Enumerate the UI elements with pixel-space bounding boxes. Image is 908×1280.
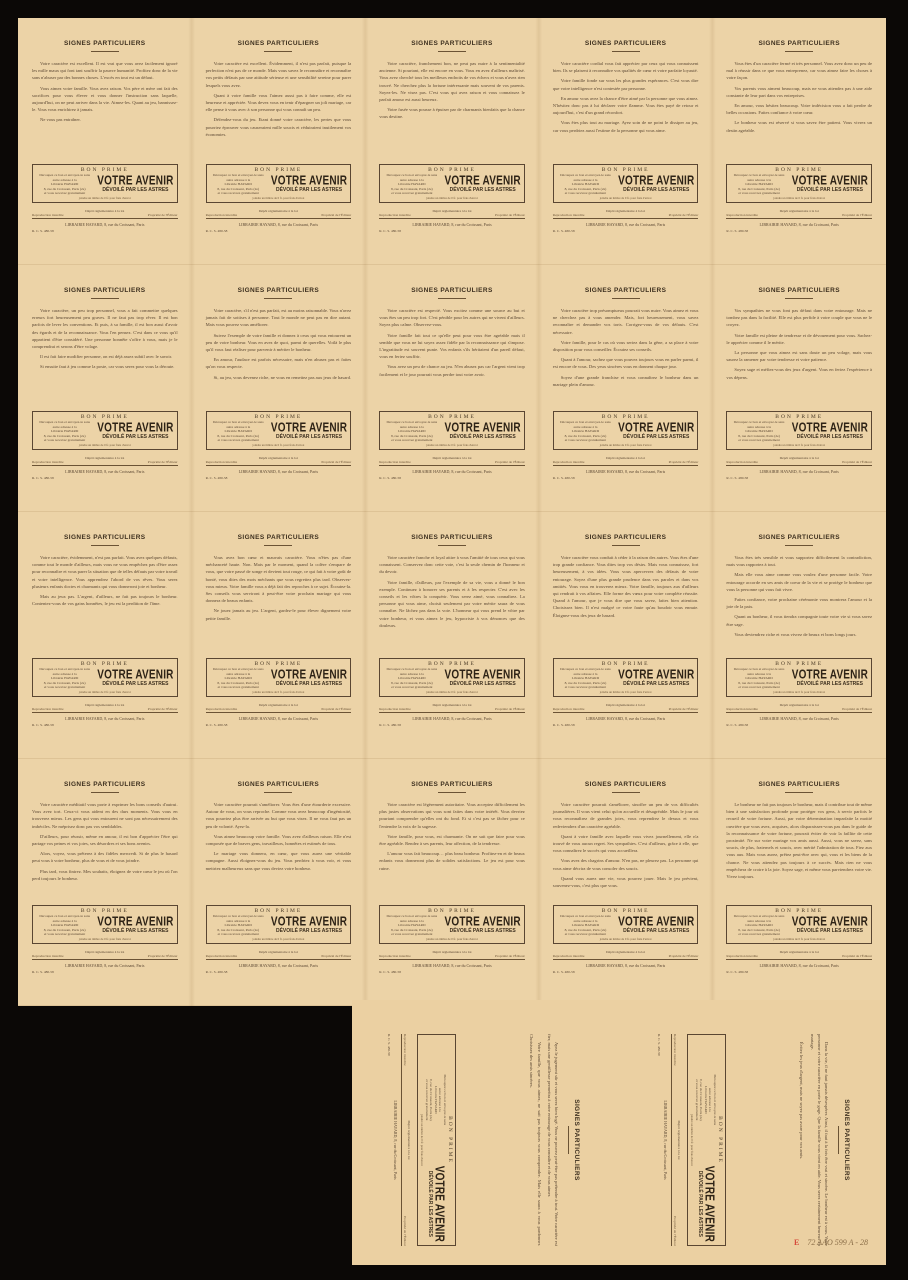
bon-prime-ad: BON PRIME Découpez ce bon et envoyez-le … — [726, 658, 872, 727]
title-rule — [438, 51, 466, 52]
ad-left-line: et vous recevrez gratuitement — [694, 1038, 699, 1162]
ad-left-text: Découpez ce bon et envoyez-le sansautre … — [210, 914, 267, 937]
card-title: SIGNES PARTICULIERS — [553, 287, 699, 294]
registration-code: R. C. S. 480-58 — [726, 970, 872, 974]
ad-footnote: joindre un timbre de 0 fr. pour frais d'… — [36, 937, 174, 941]
ad-left-text: Découpez ce bon et envoyez-le sansautre … — [383, 420, 440, 443]
archive-number: 72 AAO 599 A - 28 — [807, 1238, 868, 1247]
bon-prime-ad: BON PRIME Découpez ce bon et envoyez-le … — [726, 164, 872, 233]
title-rule — [438, 792, 466, 793]
card-paragraph: Votre caractère est excellent. Il est vr… — [32, 60, 178, 82]
publisher: LIBRAIRIE HAYARD, 8, rue du Croissant, P… — [379, 469, 525, 474]
card-paragraph: Votre caractère, franchement bon, ne peu… — [379, 60, 525, 103]
ad-footnote: joindre un timbre de 0 fr. pour frais d'… — [36, 443, 174, 447]
card-paragraph: Suivez l'exemple de votre famille et don… — [206, 332, 352, 354]
card-paragraph: Votre famille fait tout ce qu'elle peut … — [379, 332, 525, 361]
ad-box: BON PRIME Découpez ce bon et envoyez-le … — [206, 164, 352, 203]
bon-prime-ad: BON PRIME Découpez ce bon et envoyez-le … — [32, 411, 178, 480]
publisher: LIBRAIRIE HAYARD, 8, rue du Croissant, P… — [553, 222, 699, 227]
card-title: SIGNES PARTICULIERS — [379, 287, 525, 294]
ad-left-text: Découpez ce bon et envoyez-le sansautre … — [730, 914, 787, 937]
card-paragraph: Plus tard, vous finirez. Mes souhaits, é… — [32, 868, 178, 882]
card-paragraph: Votre caractère est respecté. Vous excit… — [379, 307, 525, 329]
card-paragraph: Vos parents vous aiment beaucoup, mais n… — [726, 85, 872, 99]
ad-footnote: joindre un timbre de 0 fr. pour frais d'… — [210, 937, 348, 941]
ad-box: BON PRIME Découpez ce bon et envoyez-le … — [417, 1034, 456, 1246]
card-paragraph: Défendez-vous du jeu. Etant donné votre … — [206, 116, 352, 138]
legal-left: Reproduction interdite — [726, 460, 758, 464]
card-title: SIGNES PARTICULIERS — [32, 287, 178, 294]
card: SIGNES PARTICULIERS Votre caractère trop… — [539, 265, 713, 512]
legal-right: Propriété de l'Éditeur — [842, 213, 872, 217]
ad-left-text: Découpez ce bon et envoyez-le sansautre … — [730, 173, 787, 196]
card-paragraph: Votre caractère est légèrement autoritai… — [379, 801, 525, 830]
ad-box: BON PRIME Découpez ce bon et envoyez-le … — [726, 164, 872, 203]
ad-box: BON PRIME Découpez ce bon et envoyez-le … — [32, 411, 178, 450]
ad-box: BON PRIME Découpez ce bon et envoyez-le … — [379, 411, 525, 450]
registration-code: R. C. S. 480-58 — [206, 229, 352, 233]
ad-headline: VOTRE AVENIR — [618, 422, 694, 436]
title-rule — [785, 51, 813, 52]
ad-left-line: Découpez ce bon et envoyez-le sans — [712, 1038, 717, 1162]
card-paragraph: Soyez sage et méfiez-vous des jeux d'arg… — [726, 366, 872, 380]
registration-code: R. C. S. 480-58 — [32, 229, 178, 233]
title-rule — [264, 545, 292, 546]
card-paragraph: En amour vous avez la chance d'être aimé… — [553, 95, 699, 117]
card-paragraph: Votre famille, d'ailleurs, par l'exemple… — [379, 579, 525, 629]
ad-left-line: Découpez ce bon et envoyez-le sans — [557, 667, 614, 672]
ad-headline: VOTRE AVENIR — [792, 422, 868, 436]
card: SIGNES PARTICULIERS Vous avez bon cœur e… — [192, 512, 366, 759]
publisher: LIBRAIRIE HAYARD, 8, rue du Croissant, P… — [553, 469, 699, 474]
card-title: SIGNES PARTICULIERS — [206, 534, 352, 541]
publisher: LIBRAIRIE HAYARD, 8, rue du Croissant, P… — [726, 222, 872, 227]
card-body: Votre caractère franche et loyal attire … — [379, 554, 525, 629]
legal-left: Reproduction interdite — [553, 460, 585, 464]
card-body: Vous avez bon cœur et mauvais caractère.… — [206, 554, 352, 622]
publisher: LIBRAIRIE HAYARD, 8, rue du Croissant, P… — [553, 963, 699, 968]
card-paragraph: Ayez le jugement sûr et vous serez bien … — [546, 1034, 560, 1246]
ad-box: BON PRIME Découpez ce bon et envoyez-le … — [32, 164, 178, 203]
card-title: SIGNES PARTICULIERS — [379, 40, 525, 47]
ad-left-line: Librairie HAYARD — [703, 1038, 708, 1162]
card-paragraph: Votre caractère cordial vous fait appréc… — [553, 60, 699, 74]
publisher: LIBRAIRIE HAYARD, 8, rue du Croissant, P… — [32, 222, 178, 227]
card-paragraph: Quant à l'amour, sachez que vous pouvez … — [553, 356, 699, 370]
ad-left-text: Découpez ce bon et envoyez-le sansautre … — [557, 667, 614, 690]
card-body: Vous êtes d'un caractère fermé et très p… — [726, 60, 872, 134]
registration-code: R. C. S. 480-58 — [379, 723, 525, 727]
title-rule — [785, 298, 813, 299]
legal-right: Propriété de l'Éditeur — [673, 1216, 677, 1246]
bon-prime-ad: BON PRIME Découpez ce bon et envoyez-le … — [206, 658, 352, 727]
publisher: LIBRAIRIE HAYARD, 8, rue du Croissant, P… — [726, 469, 872, 474]
card-paragraph: Vous êtes d'un caractère fermé et très p… — [726, 60, 872, 82]
card-body: Votre caractère, évidemment, n'est pas p… — [32, 554, 178, 607]
card: SIGNES PARTICULIERS Votre caractère médi… — [18, 759, 192, 1006]
legal-right: Propriété de l'Éditeur — [842, 707, 872, 711]
ad-headline: VOTRE AVENIR — [97, 175, 173, 189]
publisher: LIBRAIRIE HAYARD, 8, rue du Croissant, P… — [206, 222, 352, 227]
legal-left: Reproduction interdite — [379, 213, 411, 217]
ad-footnote: joindre un timbre de 0 fr. pour frais d'… — [730, 937, 868, 941]
card-paragraph: En amour, vous hésitez beaucoup. Votre i… — [726, 102, 872, 116]
legal-right: Propriété de l'Éditeur — [321, 954, 351, 958]
card: SIGNES PARTICULIERS Dans la vie, il ne f… — [698, 1020, 872, 1260]
card-paragraph: Vous avez un peu de chance au jeu. N'en … — [379, 363, 525, 377]
card-title: SIGNES PARTICULIERS — [32, 781, 178, 788]
ad-footnote: joindre un timbre de 0 fr. pour frais d'… — [383, 443, 521, 447]
ad-left-line: Découpez ce bon et envoyez-le sans — [557, 420, 614, 425]
ad-headline: VOTRE AVENIR — [618, 669, 694, 683]
card-title: SIGNES PARTICULIERS — [553, 534, 699, 541]
ad-box: BON PRIME Découpez ce bon et envoyez-le … — [379, 905, 525, 944]
registration-code: R. C. S. 480-58 — [379, 970, 525, 974]
ad-footnote: joindre un timbre de 0 fr. pour frais d'… — [383, 937, 521, 941]
ad-footnote: joindre un timbre de 0 fr. pour frais d'… — [730, 196, 868, 200]
ad-left-line: Découpez ce bon et envoyez-le sans — [730, 667, 787, 672]
card: SIGNES PARTICULIERS Vous êtes d'un carac… — [712, 18, 886, 265]
bon-prime-ad: BON PRIME Découpez ce bon et envoyez-le … — [32, 658, 178, 727]
card: SIGNES PARTICULIERS Votre caractère, un … — [18, 265, 192, 512]
card-paragraph: Quant à votre famille vous l'aimez aussi… — [206, 92, 352, 114]
ad-left-text: Découpez ce bon et envoyez-le sansautre … — [557, 173, 614, 196]
legal-left: Reproduction interdite — [379, 707, 411, 711]
card-paragraph: La personne que vous aimez est sans dout… — [726, 349, 872, 363]
legal-left: Reproduction interdite — [379, 460, 411, 464]
card-body: Votre caractère, s'il n'est pas parfait,… — [206, 307, 352, 381]
card-paragraph: Votre fusée vous pousse à épuiser par de… — [379, 106, 525, 120]
bon-prime-ad: BON PRIME Découpez ce bon et envoyez-le … — [206, 164, 352, 233]
ad-headline: VOTRE AVENIR — [271, 422, 347, 436]
ad-headline: VOTRE AVENIR — [97, 422, 173, 436]
legal-left: Reproduction interdite — [726, 707, 758, 711]
ad-left-line: Découpez ce bon et envoyez-le sans — [36, 914, 93, 919]
card-title: SIGNES PARTICULIERS — [726, 534, 872, 541]
card: SIGNES PARTICULIERS Votre caractère, évi… — [18, 512, 192, 759]
title-rule — [91, 51, 119, 52]
ad-box: BON PRIME Découpez ce bon et envoyez-le … — [687, 1034, 726, 1246]
card-paragraph: Évitez les jeux d'argent, mais ne soyez … — [798, 1034, 805, 1246]
title-rule — [91, 545, 119, 546]
ad-headline: VOTRE AVENIR — [271, 916, 347, 930]
card-paragraph: Votre famille est pleine de tendresse et… — [726, 332, 872, 346]
registration-code: R. C. S. 480-58 — [726, 476, 872, 480]
ad-footnote: joindre un timbre de 0 fr. pour frais d'… — [557, 690, 695, 694]
ad-footnote: joindre un timbre de 0 fr. pour frais d'… — [36, 690, 174, 694]
registration-code: R. C. S. 480-58 — [32, 723, 178, 727]
ad-box: BON PRIME Découpez ce bon et envoyez-le … — [726, 658, 872, 697]
card: SIGNES PARTICULIERS Vous êtes très sensi… — [712, 512, 886, 759]
card: SIGNES PARTICULIERS Votre caractère vous… — [539, 512, 713, 759]
ad-left-line: Découpez ce bon et envoyez-le sans — [442, 1038, 447, 1162]
legal-right: Propriété de l'Éditeur — [403, 1216, 407, 1246]
card: SIGNES PARTICULIERS Ayez le jugement sûr… — [428, 1020, 602, 1260]
card-body: Votre caractère vous conduit à céder à l… — [553, 554, 699, 619]
card-body: Votre caractère trop présomptueux pourra… — [553, 307, 699, 388]
legal-right: Propriété de l'Éditeur — [842, 954, 872, 958]
card-title: SIGNES PARTICULIERS — [726, 781, 872, 788]
ad-left-line: Découpez ce bon et envoyez-le sans — [210, 914, 267, 919]
ad-left-text: Découpez ce bon et envoyez-le sansautre … — [210, 667, 267, 690]
card-paragraph: Faites confiance, votre prochaine cérémo… — [726, 596, 872, 610]
ad-left-line: Découpez ce bon et envoyez-le sans — [36, 420, 93, 425]
ad-box: BON PRIME Découpez ce bon et envoyez-le … — [553, 411, 699, 450]
card-paragraph: Dans la vie, il ne faut jamais désespére… — [808, 1034, 830, 1246]
ad-footnote: joindre un timbre de 0 fr. pour frais d'… — [557, 937, 695, 941]
ad-box: BON PRIME Découpez ce bon et envoyez-le … — [206, 411, 352, 450]
title-rule — [612, 545, 640, 546]
ad-left-line: Découpez ce bon et envoyez-le sans — [557, 914, 614, 919]
registration-code: R. C. S. 480-58 — [553, 970, 699, 974]
card: SIGNES PARTICULIERS Votre caractère, s'i… — [192, 265, 366, 512]
legal-left: Reproduction interdite — [32, 954, 64, 958]
card-paragraph: Alors, voyez, vous prêterez à des fidèle… — [32, 850, 178, 864]
title-rule — [264, 51, 292, 52]
card-title: SIGNES PARTICULIERS — [553, 40, 699, 47]
registration-code: R. C. S. 480-58 — [32, 476, 178, 480]
ad-left-text: Découpez ce bon et envoyez-le sansautre … — [210, 173, 267, 196]
title-rule — [785, 545, 813, 546]
legal-right: Propriété de l'Éditeur — [148, 954, 178, 958]
publisher: LIBRAIRIE HAYARD, 8, rue du Croissant, P… — [32, 469, 178, 474]
title-rule — [785, 792, 813, 793]
publisher: LIBRAIRIE HAYARD, 8, rue du Croissant, P… — [32, 716, 178, 721]
ad-left-line: Découpez ce bon et envoyez-le sans — [36, 667, 93, 672]
card-paragraph: Vous deviendrez riche et vous vivrez de … — [726, 631, 872, 638]
legal-left: Reproduction interdite — [32, 707, 64, 711]
legal-line: Dépôt réglementaire à la loi — [407, 1034, 411, 1246]
ad-footnote: joindre un timbre de 0 fr. pour frais d'… — [730, 690, 868, 694]
legal-left: Reproduction interdite — [206, 954, 238, 958]
card-paragraph: Mais elle vous aime comme vous voulez d'… — [726, 571, 872, 593]
ad-box: BON PRIME Découpez ce bon et envoyez-le … — [553, 905, 699, 944]
ad-footnote: joindre un timbre de 0 fr. pour frais d'… — [730, 443, 868, 447]
card-title: SIGNES PARTICULIERS — [573, 1034, 580, 1246]
ad-headline: VOTRE AVENIR — [618, 175, 694, 189]
publisher: LIBRAIRIE HAYARD, 8, rue du Croissant, P… — [379, 222, 525, 227]
legal-left: Reproduction interdite — [726, 954, 758, 958]
ad-footnote: joindre un timbre de 0 fr. pour frais d'… — [210, 690, 348, 694]
card: SIGNES PARTICULIERS Vos sympathies ne vo… — [712, 265, 886, 512]
card-paragraph: Le mariage vous donnera, en cœur, que vo… — [206, 850, 352, 872]
card-paragraph: Il est fait faire modifier personne, on … — [32, 353, 178, 360]
bon-prime-ad: BON PRIME Découpez ce bon et envoyez-le … — [553, 658, 699, 727]
publisher: LIBRAIRIE HAYARD, 8, rue du Croissant, P… — [379, 963, 525, 968]
ad-left-text: Découpez ce bon et envoyez-le sansautre … — [210, 420, 267, 443]
publisher: LIBRAIRIE HAYARD, 8, rue du Croissant, P… — [32, 963, 178, 968]
archive-stamp: E72 AAO 599 A - 28 — [794, 1238, 868, 1247]
legal-left: Reproduction interdite — [32, 213, 64, 217]
card-body: Votre caractère méditatif vous porte à e… — [32, 801, 178, 882]
title-rule — [438, 298, 466, 299]
card-paragraph: Vous avez bon cœur et mauvais caractère.… — [206, 554, 352, 604]
bon-prime-ad: BON PRIME Découpez ce bon et envoyez-le … — [32, 164, 178, 233]
ad-header: BON PRIME — [447, 1038, 453, 1242]
card-paragraph: Votre famille fonde sur vous les plus gr… — [553, 77, 699, 91]
ad-left-line: Découpez ce bon et envoyez-le sans — [383, 667, 440, 672]
ad-footnote: joindre un timbre de 0 fr. pour frais d'… — [383, 690, 521, 694]
card-paragraph: Vos sympathies ne vous font pas défaut d… — [726, 307, 872, 329]
card-paragraph: En amour, l'audace est parfois nécessair… — [206, 356, 352, 370]
card-paragraph: Votre famille, pour le cas où vous serie… — [553, 339, 699, 353]
card-paragraph: Soyez d'une grande franchise et vous con… — [553, 374, 699, 388]
card-paragraph: Vous avez des chagrins d'amour. N'en pas… — [553, 857, 699, 871]
registration-code: R. C. S. 480-58 — [206, 970, 352, 974]
ad-box: BON PRIME Découpez ce bon et envoyez-le … — [379, 164, 525, 203]
ad-left-line: autre adresse à la — [708, 1038, 713, 1162]
card-paragraph: Votre caractère est excellent. Évidemmen… — [206, 60, 352, 89]
card: SIGNES PARTICULIERS Le bonheur ne fait p… — [712, 759, 886, 1006]
bon-prime-ad: BON PRIME Découpez ce bon et envoyez-le … — [32, 905, 178, 974]
card-title: SIGNES PARTICULIERS — [32, 40, 178, 47]
registration-code: R. C. S. 480-58 — [553, 229, 699, 233]
registration-code: R. C. S. 480-58 — [657, 1034, 661, 1246]
card-paragraph: Vous êtes plus tout au mariage. Ayez soi… — [553, 119, 699, 133]
title-rule — [91, 792, 119, 793]
card-paragraph: Si, au jeu, vous devenez riche, ne vous … — [206, 374, 352, 381]
ad-headline: VOTRE AVENIR — [792, 669, 868, 683]
publisher: LIBRAIRIE HAYARD, 8, rue du Croissant, P… — [726, 716, 872, 721]
ad-footnote: joindre un timbre de 0 fr. pour frais d'… — [383, 196, 521, 200]
card-paragraph: Votre caractère, s'il n'est pas parfait,… — [206, 307, 352, 329]
publisher: LIBRAIRIE HAYARD, 8, rue du Croissant, P… — [393, 1034, 398, 1246]
ad-left-line: Découpez ce bon et envoyez-le sans — [210, 173, 267, 178]
card-title: SIGNES PARTICULIERS — [726, 287, 872, 294]
bon-prime-ad: BON PRIME Découpez ce bon et envoyez-le … — [726, 411, 872, 480]
card: SIGNES PARTICULIERS Votre caractère est … — [18, 18, 192, 265]
ad-left-line: Découpez ce bon et envoyez-le sans — [730, 420, 787, 425]
ad-headline: VOTRE AVENIR — [97, 916, 173, 930]
ad-left-line: Découpez ce bon et envoyez-le sans — [383, 914, 440, 919]
ad-headline: VOTRE AVENIR — [792, 175, 868, 189]
legal-right: Propriété de l'Éditeur — [669, 954, 699, 958]
title-rule — [612, 51, 640, 52]
card-paragraph: Vous aimez beaucoup votre famille. Vous … — [206, 833, 352, 847]
ad-left-line: Découpez ce bon et envoyez-le sans — [36, 173, 93, 178]
ad-footnote: joindre un timbre de 0 fr. pour frais d'… — [690, 1038, 694, 1242]
card-body: Votre caractère, franchement bon, ne peu… — [379, 60, 525, 121]
card-body: Votre caractère est légèrement autoritai… — [379, 801, 525, 872]
ad-left-line: autre adresse à la — [438, 1038, 443, 1162]
registration-code: R. C. S. 480-58 — [387, 1034, 391, 1246]
card-paragraph: Si ensuite faut à jeu comme la poste, ca… — [32, 363, 178, 370]
title-rule — [438, 545, 466, 546]
legal-right: Propriété de l'Éditeur — [321, 707, 351, 711]
registration-code: R. C. S. 480-58 — [206, 476, 352, 480]
ad-box: BON PRIME Découpez ce bon et envoyez-le … — [206, 905, 352, 944]
card-paragraph: Ne jouez jamais au jeu. L'argent, gardez… — [206, 607, 352, 621]
card: SIGNES PARTICULIERS Votre caractère pour… — [539, 759, 713, 1006]
card: SIGNES PARTICULIERS Votre caractère fran… — [365, 512, 539, 759]
ad-left-line: et vous recevrez gratuitement — [424, 1038, 429, 1162]
legal-line: Dépôt réglementaire à la loi — [677, 1034, 681, 1246]
publisher: LIBRAIRIE HAYARD, 8, rue du Croissant, P… — [663, 1034, 668, 1246]
card-title: SIGNES PARTICULIERS — [379, 534, 525, 541]
card-body: Ayez le jugement sûr et vous serez bien … — [528, 1034, 560, 1246]
card-paragraph: Votre famille, que vous aimez, ne sait p… — [528, 1034, 542, 1246]
ad-box: BON PRIME Découpez ce bon et envoyez-le … — [32, 905, 178, 944]
ad-left-text: Découpez ce bon et envoyez-le sansautre … — [557, 914, 614, 937]
ad-header: BON PRIME — [717, 1038, 723, 1242]
legal-right: Propriété de l'Éditeur — [495, 707, 525, 711]
ad-footnote: joindre un timbre de 0 fr. pour frais d'… — [557, 196, 695, 200]
ad-left-text: Découpez ce bon et envoyez-le sansautre … — [694, 1038, 717, 1162]
ad-headline: VOTRE AVENIR — [618, 916, 694, 930]
ad-left-line: Découpez ce bon et envoyez-le sans — [730, 173, 787, 178]
card-title: SIGNES PARTICULIERS — [726, 40, 872, 47]
legal-right: Propriété de l'Éditeur — [669, 460, 699, 464]
card-body: Vos sympathies ne vous font pas défaut d… — [726, 307, 872, 381]
legal-right: Propriété de l'Éditeur — [842, 460, 872, 464]
ad-footnote: joindre un timbre de 0 fr. pour frais d'… — [210, 443, 348, 447]
legal-right: Propriété de l'Éditeur — [495, 213, 525, 217]
legal-left: Reproduction interdite — [379, 954, 411, 958]
ad-left-line: 8, rue du Croissant, Paris (2e) — [699, 1038, 704, 1162]
bon-prime-ad: BON PRIME Découpez ce bon et envoyez-le … — [379, 411, 525, 480]
card-body: Votre caractère est excellent. Il est vr… — [32, 60, 178, 124]
ad-box: BON PRIME Découpez ce bon et envoyez-le … — [379, 658, 525, 697]
ad-left-text: Découpez ce bon et envoyez-le sansautre … — [383, 173, 440, 196]
bon-prime-ad: BON PRIME Découpez ce bon et envoyez-le … — [379, 658, 525, 727]
ad-left-text: Découpez ce bon et envoyez-le sansautre … — [730, 420, 787, 443]
card: SIGNES PARTICULIERS Votre caractère est … — [365, 265, 539, 512]
card: SIGNES PARTICULIERS Votre caractère est … — [192, 18, 366, 265]
archive-mark: E — [794, 1238, 799, 1247]
card-title: SIGNES PARTICULIERS — [32, 534, 178, 541]
ad-headline: VOTRE AVENIR — [445, 175, 521, 189]
ad-box: BON PRIME Découpez ce bon et envoyez-le … — [553, 164, 699, 203]
card-paragraph: Votre famille, pour vous, est charmante.… — [379, 833, 525, 847]
card: SIGNES PARTICULIERS Votre caractère, fra… — [365, 18, 539, 265]
ad-left-line: Librairie HAYARD — [433, 1038, 438, 1162]
ad-left-line: Découpez ce bon et envoyez-le sans — [210, 667, 267, 672]
card-body: Votre caractère pourrait s'améliorer. Vo… — [206, 801, 352, 872]
registration-code: R. C. S. 480-58 — [726, 723, 872, 727]
card-title: SIGNES PARTICULIERS — [553, 781, 699, 788]
card-paragraph: L'amour vous fait beaucoup… plus beau bo… — [379, 850, 525, 872]
ad-left-text: Découpez ce bon et envoyez-le sansautre … — [557, 420, 614, 443]
card-paragraph: Le bonheur vous est réservé si vous save… — [726, 119, 872, 133]
card-paragraph: Vous aimez votre famille. Vous avez rais… — [32, 85, 178, 114]
card-paragraph: Votre caractère franche et loyal attire … — [379, 554, 525, 576]
bon-prime-ad: BON PRIME Découpez ce bon et envoyez-le … — [553, 164, 699, 233]
card-paragraph: Votre caractère pourrait s'améliorer. Vo… — [206, 801, 352, 830]
bon-prime-ad: BON PRIME Découpez ce bon et envoyez-le … — [379, 164, 525, 233]
card-paragraph: Ne vous pas entraîner. — [32, 116, 178, 123]
title-rule — [838, 1126, 839, 1154]
ad-left-line: 8, rue du Croissant, Paris (2e) — [429, 1038, 434, 1162]
card-body: Votre caractère est respecté. Vous excit… — [379, 307, 525, 378]
card-body: Le bonheur ne fait pas toujours le bonhe… — [726, 801, 872, 880]
ad-left-line: Découpez ce bon et envoyez-le sans — [557, 173, 614, 178]
card-paragraph: Votre caractère pourrait s'améliorer, si… — [553, 801, 699, 830]
publisher: LIBRAIRIE HAYARD, 8, rue du Croissant, P… — [379, 716, 525, 721]
bon-prime-ad: BON PRIME Découpez ce bon et envoyez-le … — [206, 411, 352, 480]
registration-code: R. C. S. 480-58 — [553, 476, 699, 480]
card-paragraph: Votre caractère vous conduit à céder à l… — [553, 554, 699, 619]
legal-left: Reproduction interdite — [553, 707, 585, 711]
title-rule — [91, 298, 119, 299]
ad-box: BON PRIME Découpez ce bon et envoyez-le … — [206, 658, 352, 697]
card-paragraph: Mais au jeux pas. L'argent, d'ailleurs, … — [32, 593, 178, 607]
ad-headline: VOTRE AVENIR — [97, 669, 173, 683]
ad-left-text: Découpez ce bon et envoyez-le sansautre … — [730, 667, 787, 690]
registration-code: R. C. S. 480-58 — [32, 970, 178, 974]
legal-right: Propriété de l'Éditeur — [148, 460, 178, 464]
ad-box: BON PRIME Découpez ce bon et envoyez-le … — [553, 658, 699, 697]
ad-headline: VOTRE AVENIR — [271, 175, 347, 189]
